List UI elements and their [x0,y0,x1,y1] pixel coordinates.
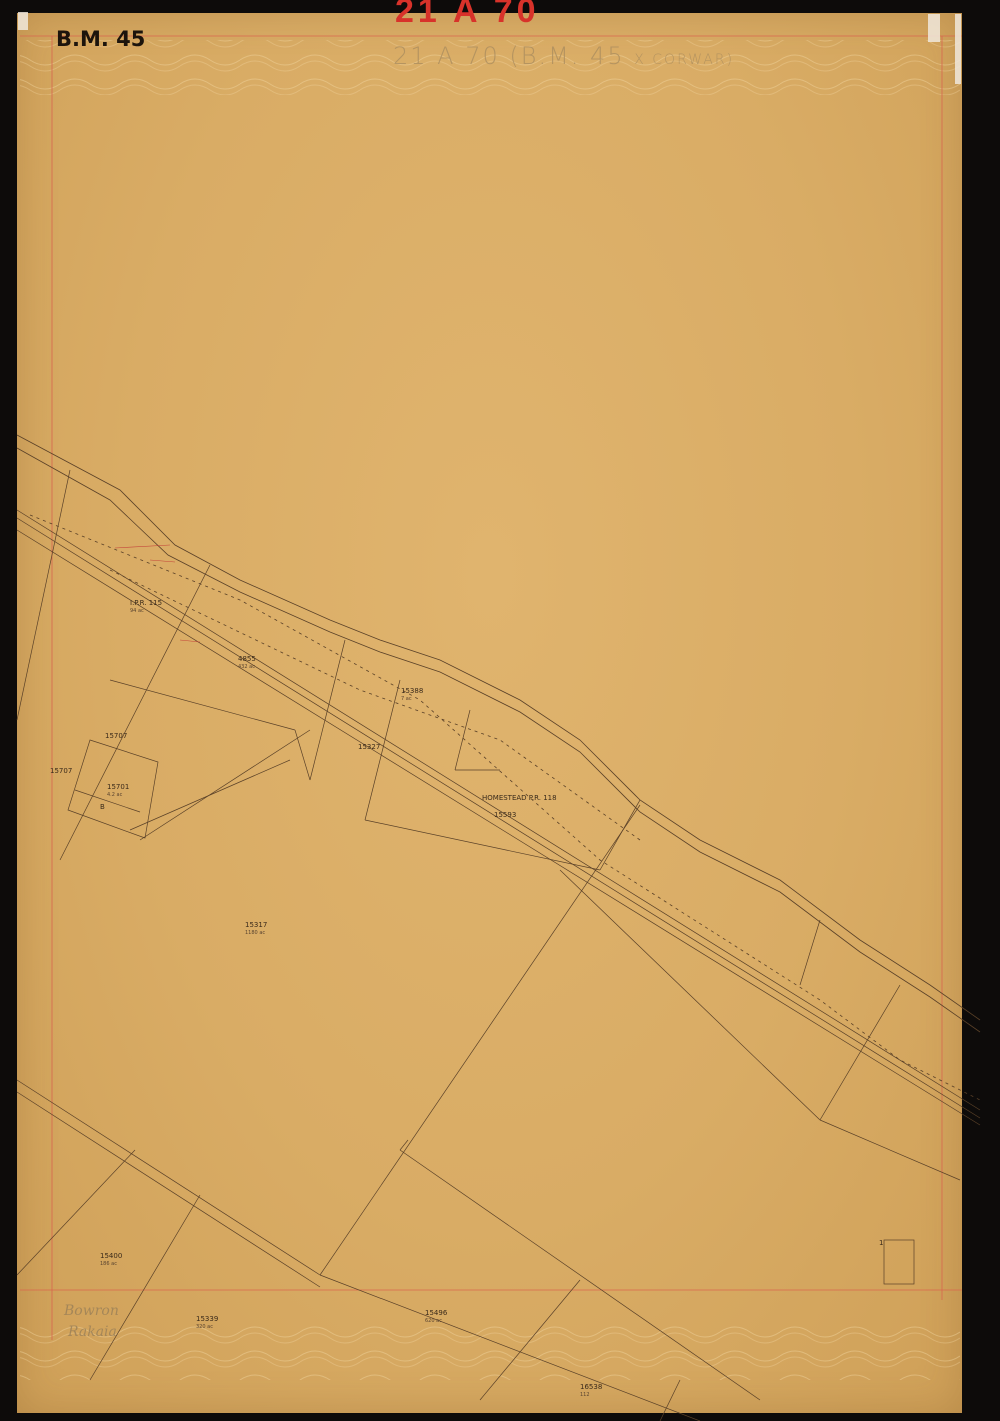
parcel-label: B [100,804,105,811]
parcel-id: 16538 [580,1383,602,1391]
parcel-id: B [100,803,105,811]
parcel-area: 4.2 ac [107,793,129,798]
parcel-area: 620 ac [425,1319,447,1324]
parcel-label: 1 [879,1240,883,1247]
parcel-id: 4855 [238,655,256,663]
parcel-area: 1180 ac [245,931,267,936]
parcel-area: 186 ac [100,1262,122,1267]
parcel-id: 15317 [245,921,267,929]
cadastral-linework [0,0,1000,1421]
parcel-id: 15327 [358,743,380,751]
paper-tear [18,12,28,30]
parcel-label: 15327 [358,744,380,751]
pencil-note-suffix: X CORWAR) [634,52,734,68]
paper-tear [955,14,961,84]
river-banks [17,435,980,1032]
parcel-label: I.P.R. 11594 ac [130,600,162,614]
parcel-area: 94 ac [130,609,162,614]
parcel-label: HOMESTEAD P.R. 118 [482,795,557,802]
parcel-label: 15496620 ac [425,1310,447,1324]
parcel-id: 15388 [401,687,423,695]
parcel-label: 153887 ac [401,688,423,702]
parcel-label: 16538112 [580,1384,602,1398]
parcel-area: 320 ac [196,1325,218,1330]
sheet-label: B.M. 45 [56,27,145,51]
parcel-label: 4855432 ac [238,656,256,670]
parcel-id: 15400 [100,1252,122,1260]
pencil-note: 21 A 70 (B.M. 45 X CORWAR) [393,42,734,70]
sheet-code: 21 A 70 [395,0,540,31]
parcel-id: 15496 [425,1309,447,1317]
parcel-label: 15707 [105,733,127,740]
parcel-label: 153171180 ac [245,922,267,936]
paper-tear [928,14,940,42]
red-annotations [115,545,200,642]
parcel-id: 15707 [50,767,72,775]
dotted-tracks [30,515,980,1100]
watermark-bottom [20,1320,960,1380]
border-lines [20,36,962,1340]
corner-note-line2: Rakaia [68,1324,117,1340]
parcel-label: 15593 [494,812,516,819]
parcel-label: 15339320 ac [196,1316,218,1330]
parcel-area: 7 ac [401,697,423,702]
parcel-id: 15701 [107,783,129,791]
parcel-id: 15339 [196,1315,218,1323]
parcel-id: 1 [879,1239,883,1247]
parcel-label: 15400186 ac [100,1253,122,1267]
parcel-label: 15707 [50,768,72,775]
parcel-id: I.P.R. 115 [130,599,162,607]
parcel-label: 157014.2 ac [107,784,129,798]
parcel-id: 15593 [494,811,516,819]
parcel-area: 432 ac [238,665,256,670]
parcel-id: HOMESTEAD P.R. 118 [482,794,557,802]
corner-note-line1: Bowron [64,1303,119,1319]
parcel-id: 15707 [105,732,127,740]
parcel-area: 112 [580,1393,602,1398]
pencil-note-main: 21 A 70 (B.M. 45 [393,42,625,70]
